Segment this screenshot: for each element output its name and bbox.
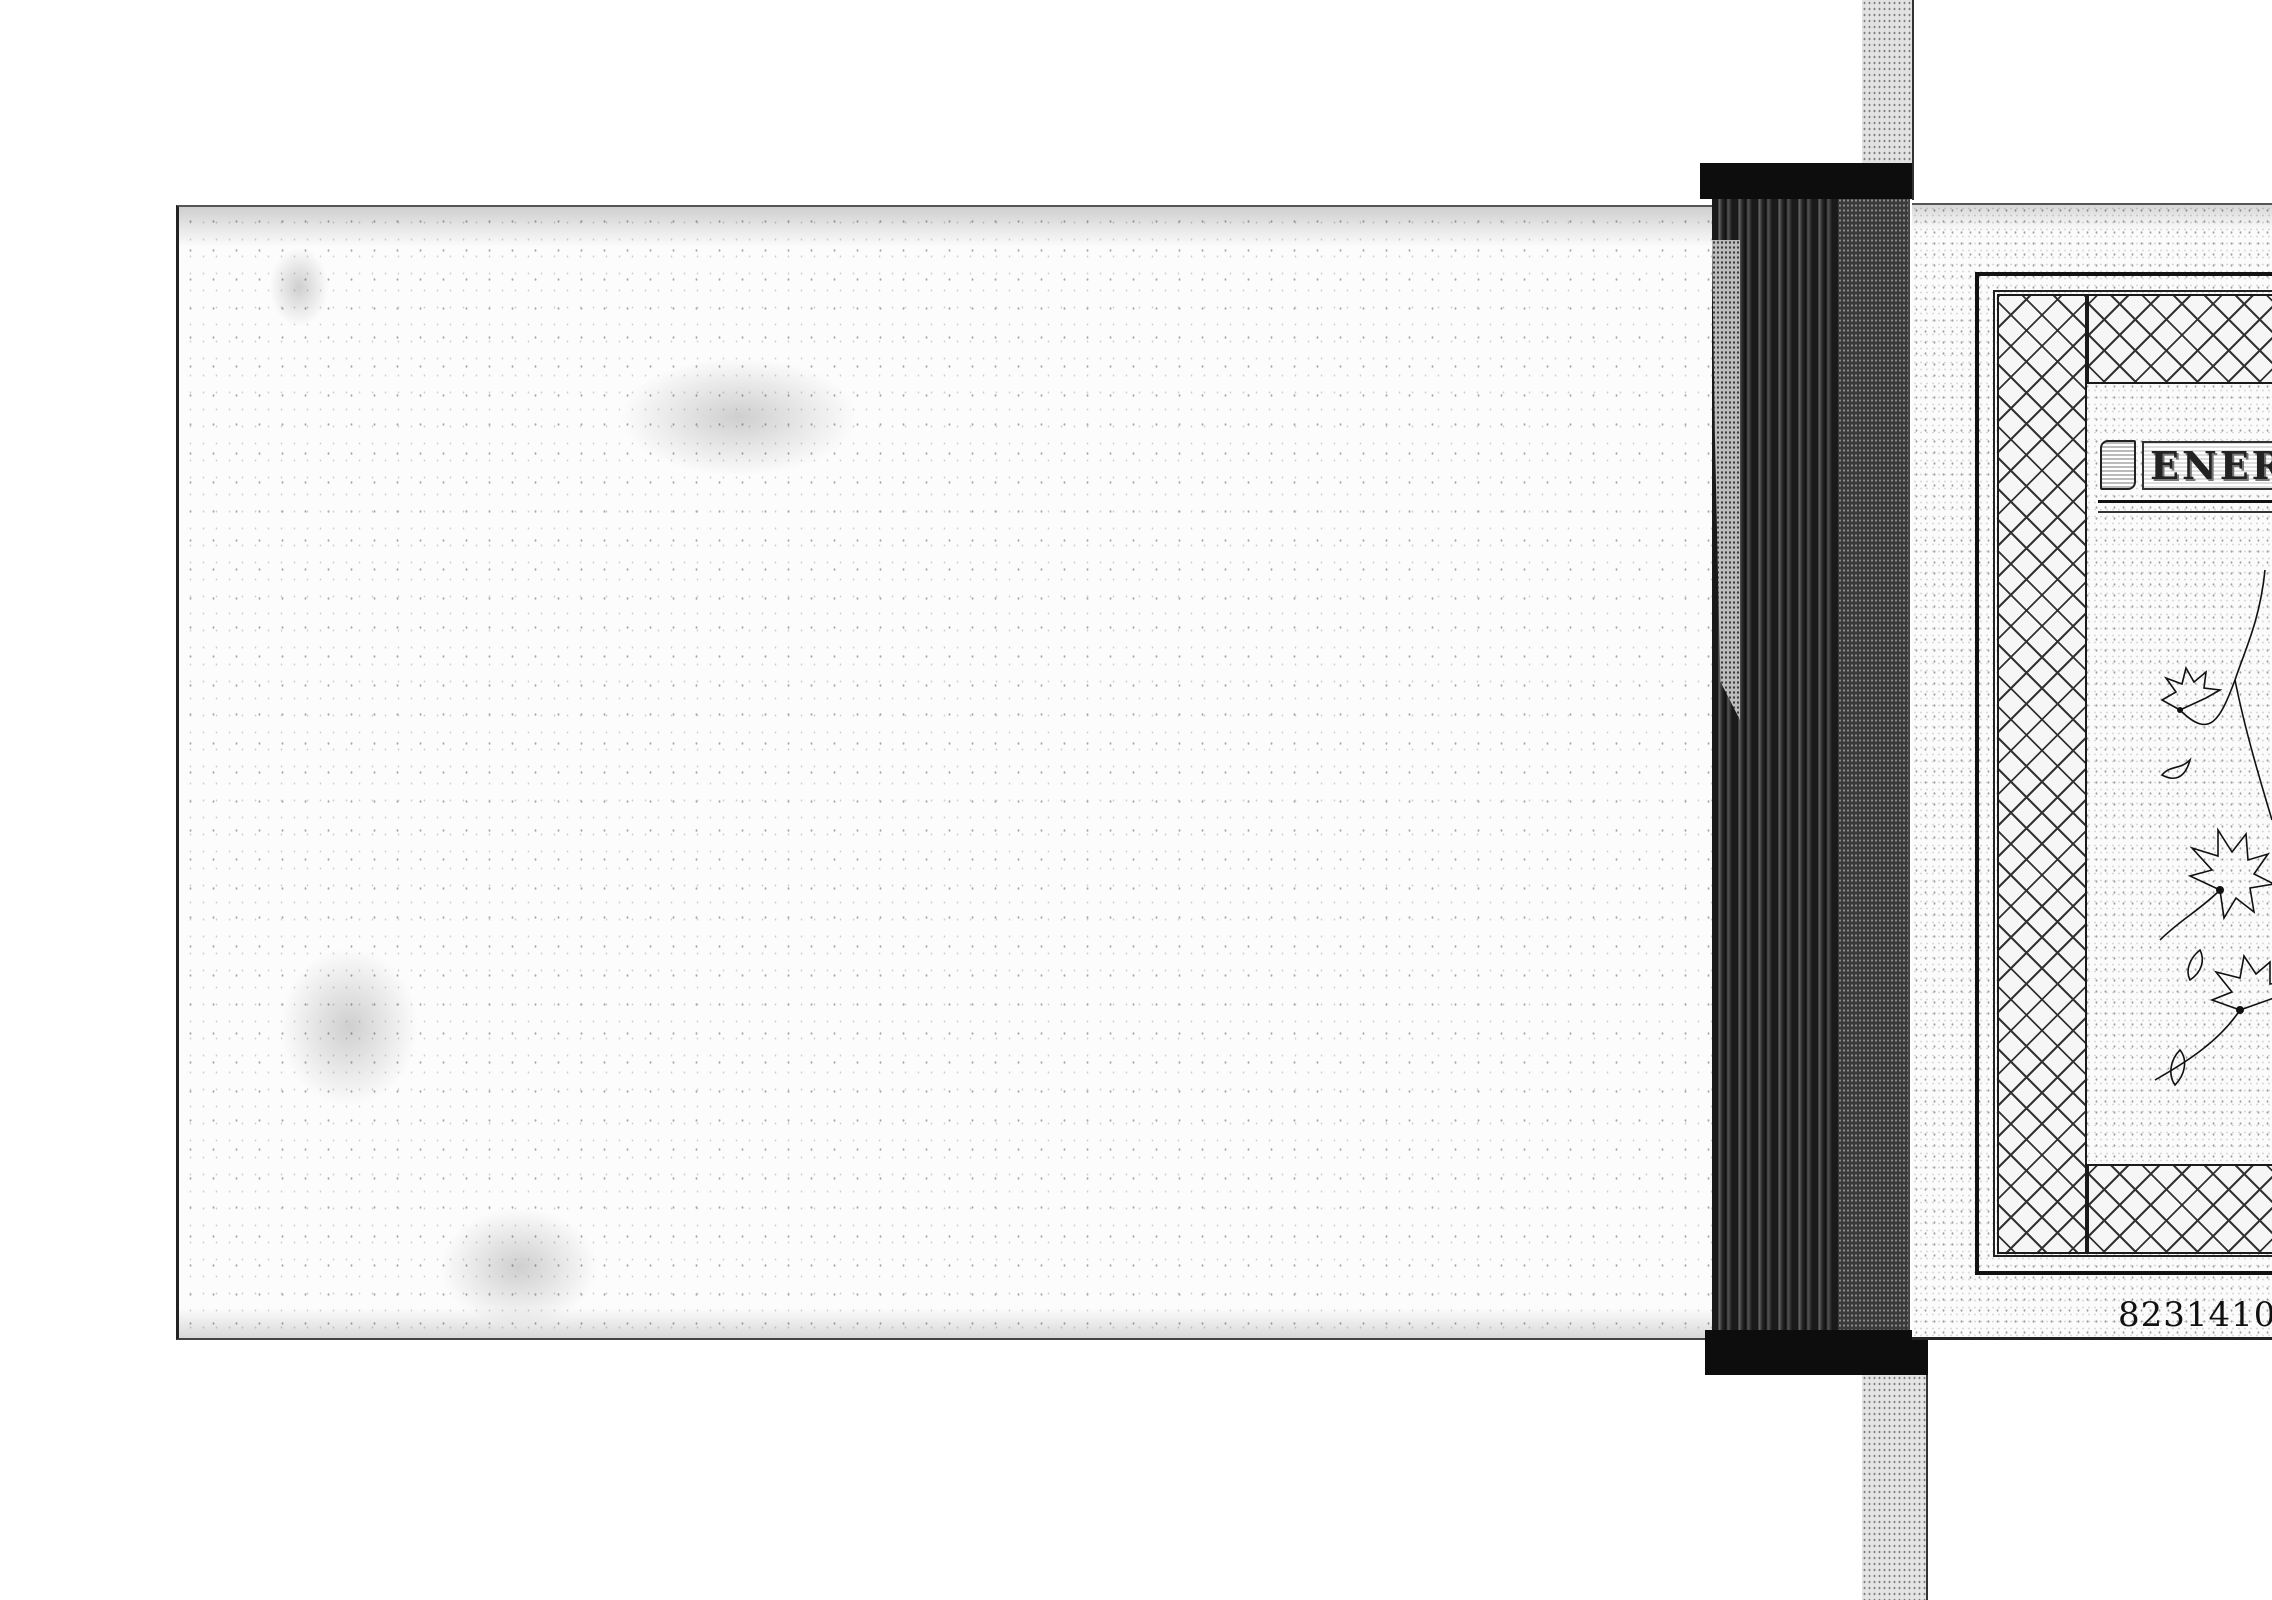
serial-number: 8231410	[2118, 1295, 2272, 1335]
heading-rule	[2098, 500, 2272, 513]
month-heading: ENERO	[2100, 435, 2272, 495]
spine-band-top	[1700, 163, 1912, 199]
ornamental-border-bottom	[2087, 1164, 2272, 1254]
left-page	[176, 205, 1746, 1340]
heading-text: ENERO	[2142, 441, 2272, 490]
scroll-ornament-icon	[2100, 440, 2136, 490]
tape-strip-bottom	[1862, 1375, 1928, 1600]
ornamental-border-left	[1997, 294, 2087, 1254]
spine-cover-cloth	[1838, 198, 1908, 1333]
stain	[619, 357, 859, 477]
stain	[439, 1207, 599, 1327]
stain	[269, 247, 329, 327]
ornamental-border-top	[2087, 294, 2272, 384]
floral-illustration-icon	[2150, 560, 2272, 1120]
stain	[279, 947, 419, 1107]
spine-band-bottom	[1705, 1330, 1928, 1375]
